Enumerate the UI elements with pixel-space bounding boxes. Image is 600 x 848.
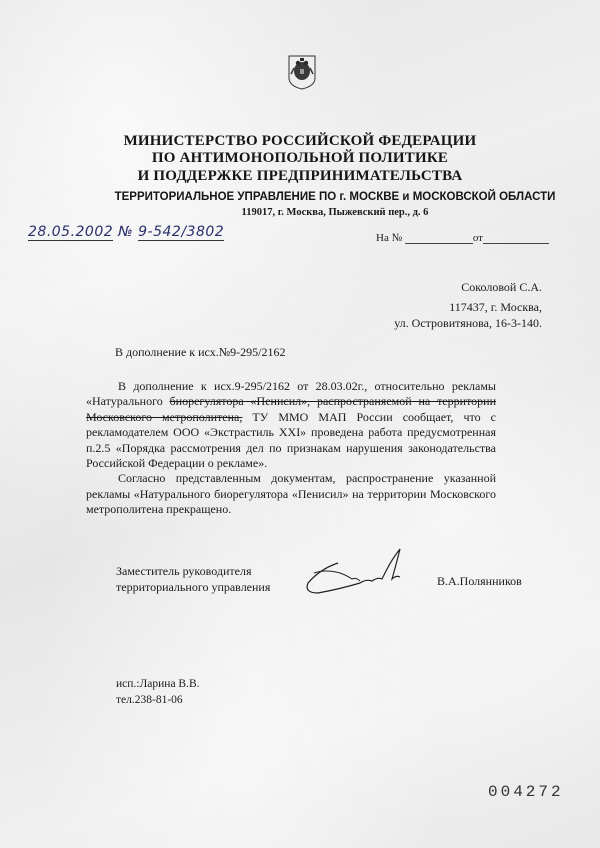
signatory-name: В.А.Полянников (437, 574, 522, 589)
executor-name: исп.:Ларина В.В. (116, 676, 200, 692)
reference-from-label: от (473, 232, 483, 244)
recipient-address-line1: 117437, г. Москва, (449, 300, 542, 315)
coat-of-arms-icon (287, 54, 317, 90)
ministry-title-line3: И ПОДДЕРЖКЕ ПРЕДПРИНИМАТЕЛЬСТВА (0, 168, 600, 185)
recipient-address-line2: ул. Островитянова, 16-3-140. (394, 316, 542, 331)
subject-line: В дополнение к исх.№9-295/2162 (115, 345, 285, 360)
reference-no-label: На № (376, 232, 402, 244)
signatory-title-line2: территориального управления (116, 579, 270, 595)
number-sign: № (118, 224, 133, 240)
department-name: ТЕРРИТОРИАЛЬНОЕ УПРАВЛЕНИЕ ПО г. МОСКВЕ … (100, 191, 570, 203)
body-paragraph-1: В дополнение к исх.9-295/2162 от 28.03.0… (86, 379, 496, 471)
department-address: 119017, г. Москва, Пыжевский пер., д. 6 (100, 207, 570, 218)
recipient-name: Соколовой С.А. (461, 280, 542, 295)
handwritten-signature (300, 543, 410, 603)
outgoing-doc-number: 9-542/3802 (138, 224, 224, 241)
outgoing-number: 28.05.2002 № 9-542/3802 (28, 224, 224, 240)
outgoing-date: 28.05.2002 (28, 224, 113, 241)
reference-line: На № от (376, 232, 549, 244)
reference-no-field (405, 233, 473, 244)
letter-body: В дополнение к исх.9-295/2162 от 28.03.0… (86, 379, 496, 518)
signatory-title-line1: Заместитель руководителя (116, 563, 270, 579)
signatory-title: Заместитель руководителя территориальног… (116, 563, 270, 595)
serial-number: 004272 (488, 783, 564, 801)
ministry-title-line2: ПО АНТИМОНОПОЛЬНОЙ ПОЛИТИКЕ (0, 150, 600, 167)
executor-phone: тел.238-81-06 (116, 692, 200, 708)
executor-info: исп.:Ларина В.В. тел.238-81-06 (116, 676, 200, 708)
reference-from-field (483, 233, 549, 244)
document-page: МИНИСТЕРСТВО РОССИЙСКОЙ ФЕДЕРАЦИИ ПО АНТ… (0, 0, 600, 848)
ministry-title-line1: МИНИСТЕРСТВО РОССИЙСКОЙ ФЕДЕРАЦИИ (0, 133, 600, 150)
body-paragraph-2: Согласно представленным документам, расп… (86, 471, 496, 517)
